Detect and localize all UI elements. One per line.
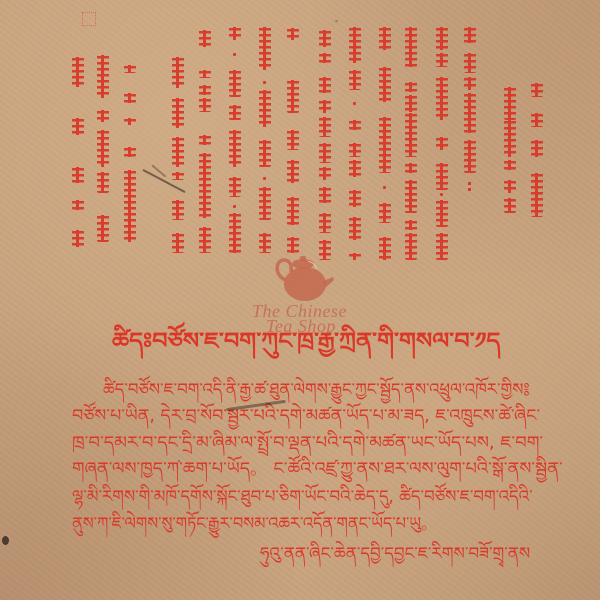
mongolian-word [259, 233, 271, 253]
mongolian-word [259, 27, 271, 70]
mongolian-word [349, 253, 361, 260]
mongolian-word [172, 57, 184, 88]
mongolian-word [97, 130, 109, 167]
body-line-text: ཁྲ་བ་དམར་བ་དང་དྲི་མ་ཞིམ་ལ་སྤྲོ་བ་ལྡན་པའི… [72, 435, 543, 451]
mongolian-punctuation [263, 81, 266, 84]
mongolian-word [504, 120, 516, 157]
mongolian-word [405, 233, 417, 260]
mongolian-word [464, 53, 476, 73]
mongolian-word [436, 137, 448, 150]
mongolian-word [287, 237, 299, 253]
body-line: ནུས་ཀ་ཇི་ལེགས་སུ་གཏོང་རྒྱུར་བསམ་འཆར་འདོན… [72, 516, 437, 532]
mongolian-punctuation [353, 102, 356, 105]
mongolian-punctuation [383, 186, 386, 189]
mongolian-word [405, 163, 417, 173]
mongolian-word [349, 217, 361, 240]
mongolian-word [72, 57, 84, 87]
mongolian-word [287, 197, 299, 225]
mongolian-punctuation [263, 177, 266, 180]
signature-line: ཧུའུ་ནན་ཞིང་ཆེན་དབྱི་དབྱང་ཇ་རིགས་བཟོ་གྲྭ… [260, 546, 530, 562]
mongolian-word [531, 173, 543, 217]
mongolian-word [229, 130, 241, 167]
mongolian-word [349, 190, 361, 207]
mongolian-word [464, 27, 476, 43]
mongolian-word [319, 213, 331, 233]
mongolian-word [504, 198, 516, 213]
paper-spot [178, 460, 180, 462]
mongolian-word [229, 213, 241, 253]
mongolian-word [199, 30, 211, 47]
mongolian-word [199, 135, 211, 145]
body-line-text: གཞན་ལས་ཁྱད་ཀ་ཆག་པ་ཡོད。 ང་ཚོའི་འཛྲ་ཀྱུ་ནས… [72, 461, 563, 477]
mongolian-word [405, 180, 417, 213]
mongolian-word [436, 27, 448, 50]
mongolian-word [405, 113, 417, 157]
mongolian-word [504, 160, 516, 170]
mongolian-word [72, 167, 84, 183]
body-line-text: ཚིད་བཙོས་ཇ་བག་འདི་ནི་རྒྱ་ཚ་ཐུན་ལེགས་རྒྱུ… [103, 382, 530, 398]
body-line-text: ལྷ་མི་རིགས་གི་མཁོ་དགོས་སྐོང་ཐུབ་པ་ཅིག་ཡོ… [72, 489, 533, 505]
mongolian-word [229, 27, 241, 40]
mongolian-punctuation [233, 205, 236, 208]
mongolian-word [504, 87, 516, 120]
body-line: ཚིད་བཙོས་ཇ་བག་འདི་ནི་རྒྱ་ཚ་ཐུན་ལེགས་རྒྱུ… [103, 382, 530, 398]
mongolian-word [124, 93, 136, 103]
mongolian-word [504, 180, 516, 193]
mongolian-word [464, 93, 476, 133]
mongolian-word [464, 77, 476, 90]
mongolian-word [319, 117, 331, 137]
mongolian-text-block [0, 0, 600, 280]
mongolian-word [319, 143, 331, 163]
mongolian-word [349, 120, 361, 130]
teapot-icon [270, 254, 336, 304]
mongolian-word [199, 85, 211, 95]
mongolian-punctuation [233, 53, 236, 56]
mongolian-word [319, 100, 331, 113]
body-line: བཙོས་པ་ཡིན, དེར་བྲ་སོབ་སྦྱར་པའི་དགེ་མཚན་… [72, 408, 540, 424]
mongolian-word [72, 200, 84, 210]
mongolian-word [379, 117, 391, 173]
mongolian-punctuation [440, 193, 443, 196]
mongolian-word [172, 137, 184, 167]
signature-text: ཧུའུ་ནན་ཞིང་ཆེན་དབྱི་དབྱང་ཇ་རིགས་བཟོ་གྲྭ… [260, 546, 530, 562]
mongolian-word [319, 77, 331, 93]
mongolian-word [436, 53, 448, 67]
mongolian-word [319, 30, 331, 47]
mongolian-word [531, 113, 543, 127]
body-line: ལྷ་མི་རིགས་གི་མཁོ་དགོས་སྐོང་ཐུབ་པ་ཅིག་ཡོ… [72, 489, 533, 505]
mongolian-word [287, 80, 299, 113]
mongolian-word [72, 230, 84, 247]
mongolian-word [259, 140, 271, 167]
mongolian-word [229, 70, 241, 97]
mongolian-word [531, 140, 543, 157]
mongolian-word [229, 105, 241, 120]
mongolian-word [172, 200, 184, 220]
mongolian-word [379, 203, 391, 223]
mongolian-word [379, 27, 391, 50]
mongolian-word [172, 172, 184, 180]
document-title-text: ཚིདཿབཙོས་ཇ་བག་ཀུང་ཁྲ་རྒྱ་ཀྲིན་གི་གསལ་བ་༡… [112, 331, 500, 353]
mongolian-word [72, 118, 84, 135]
mongolian-word [259, 90, 271, 127]
mongolian-word [349, 70, 361, 90]
mongolian-word [97, 110, 109, 122]
mongolian-word [124, 170, 136, 242]
body-line-text: བཙོས་པ་ཡིན, དེར་བྲ་སོབ་སྦྱར་པའི་དགེ་མཚན་… [72, 408, 540, 424]
mongolian-colon [468, 182, 471, 191]
mongolian-word [97, 55, 109, 98]
mongolian-word [124, 147, 136, 157]
mongolian-word [124, 118, 136, 125]
mongolian-word [319, 167, 331, 180]
mongolian-word [436, 233, 448, 260]
mongolian-word [199, 153, 211, 218]
mongolian-word [172, 98, 184, 128]
body-line: གཞན་ལས་ཁྱད་ཀ་ཆག་པ་ཡོད。 ང་ཚོའི་འཛྲ་ཀྱུ་ནས… [72, 461, 563, 477]
mongolian-word [199, 227, 211, 253]
mongolian-word [319, 53, 331, 63]
mongolian-word [319, 187, 331, 203]
mongolian-word [259, 187, 271, 220]
body-line-text: ནུས་ཀ་ཇི་ལེགས་སུ་གཏོང་རྒྱུར་བསམ་འཆར་འདོན… [72, 516, 437, 532]
paper-spot [2, 536, 9, 545]
mongolian-word [379, 237, 391, 260]
mongolian-word [349, 143, 361, 157]
mongolian-word [405, 95, 417, 112]
mongolian-word [199, 98, 211, 112]
mongolian-word [229, 177, 241, 197]
mongolian-word [287, 160, 299, 183]
mongolian-word [349, 27, 361, 63]
mongolian-word [405, 27, 417, 67]
mongolian-word [97, 215, 109, 242]
mongolian-word [436, 163, 448, 190]
mongolian-word [405, 220, 417, 230]
mongolian-word [199, 70, 211, 78]
mongolian-word [172, 233, 184, 253]
mongolian-word [287, 130, 299, 150]
body-line: ཁྲ་བ་དམར་བ་དང་དྲི་མ་ཞིམ་ལ་སྤྲོ་བ་ལྡན་པའི… [72, 435, 543, 451]
mongolian-word [531, 83, 543, 97]
mongolian-word [436, 77, 448, 120]
mongolian-word [405, 82, 417, 92]
mongolian-word [97, 172, 109, 193]
paper-spot [335, 20, 338, 22]
mongolian-word [287, 28, 299, 40]
mongolian-word [124, 65, 136, 73]
document-title: ཚིདཿབཙོས་ཇ་བག་ཀུང་ཁྲ་རྒྱ་ཀྲིན་གི་གསལ་བ་༡… [112, 331, 500, 353]
mongolian-word [379, 67, 391, 102]
mongolian-word [436, 200, 448, 227]
mongolian-word [349, 160, 361, 177]
document-page: The Chinese Tea Shop ཚིདཿབཙོས་ཇ་བག་ཀུང་ཁ… [0, 0, 600, 600]
mongolian-word [464, 140, 476, 173]
